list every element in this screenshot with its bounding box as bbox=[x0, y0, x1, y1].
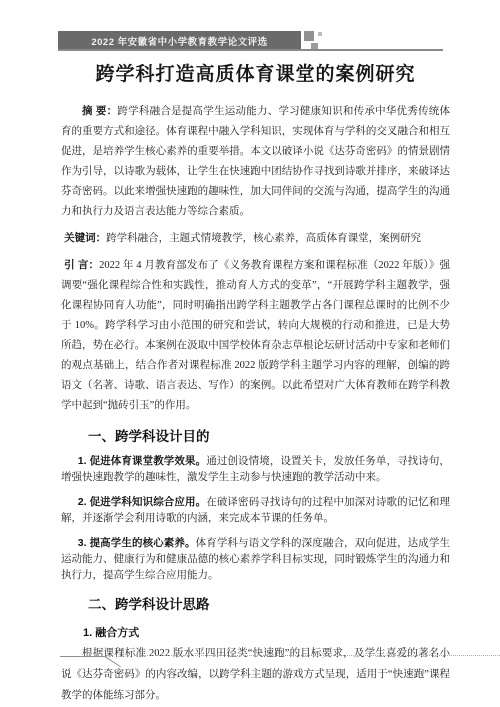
purpose-point-2: 2. 促进学科知识综合应用。在破译密码寻找诗句的过程中加深对诗歌的记忆和理解，并… bbox=[61, 494, 450, 527]
purpose-point-3-lead: 3. 提高学生的核心素养。 bbox=[78, 537, 196, 549]
header-banner: 2022 年安徽省中小学教育教学论文评选 bbox=[58, 31, 301, 50]
keywords-text: 跨学科融合，主题式情境教学，核心素养，高质体育课堂，案例研究 bbox=[106, 233, 421, 244]
purpose-point-1-lead: 1. 促进体育课堂教学效果。 bbox=[78, 455, 206, 467]
abstract-paragraph: 摘 要：跨学科融合是提高学生运动能力、学习健康知识和传承中华优秀传统体育的重要方… bbox=[61, 101, 450, 222]
abstract-text: 跨学科融合是提高学生运动能力、学习健康知识和传承中华优秀传统体育的重要方式和途径… bbox=[61, 106, 450, 217]
decor-square-tiny bbox=[318, 32, 322, 36]
keywords-paragraph: 关键词：跨学科融合，主题式情境教学，核心素养，高质体育课堂，案例研究 bbox=[61, 228, 450, 249]
purpose-point-2-lead: 2. 促进学科知识综合应用。 bbox=[78, 496, 206, 508]
page-content: 跨学科打造高质体育课堂的案例研究 摘 要：跨学科融合是提高学生运动能力、学习健康… bbox=[61, 58, 450, 706]
introduction-label: 引 言： bbox=[64, 259, 99, 271]
section-heading-purpose: 一、跨学科设计目的 bbox=[61, 425, 450, 445]
approach-subheading: 1. 融合方式 bbox=[61, 624, 450, 640]
decor-square-large bbox=[304, 31, 314, 41]
introduction-text: 2022 年 4 月教育部发布了《义务教育课程方案和课程标准（2022 年版）》… bbox=[61, 260, 450, 411]
purpose-point-1: 1. 促进体育课堂教学效果。通过创设情境，设置关卡，发放任务单，寻找诗句，增强快… bbox=[61, 453, 450, 486]
footer-dotted-rule bbox=[134, 655, 500, 656]
introduction-paragraph: 引 言：2022 年 4 月教育部发布了《义务教育课程方案和课程标准（2022 … bbox=[61, 255, 450, 416]
header-banner-text: 2022 年安徽省中小学教育教学论文评选 bbox=[91, 34, 267, 48]
section-heading-approach: 二、跨学科设计思路 bbox=[61, 593, 450, 613]
paper-title: 跨学科打造高质体育课堂的案例研究 bbox=[61, 62, 450, 88]
keywords-label: 关键词： bbox=[64, 232, 106, 244]
header-rule bbox=[58, 49, 443, 51]
footer-rule-left bbox=[60, 656, 106, 657]
purpose-point-3: 3. 提高学生的核心素养。体育学科与语文学科的深度融合，双向促进，达成学生运动能… bbox=[61, 535, 450, 584]
abstract-label: 摘 要： bbox=[82, 105, 117, 117]
page-number: 1 bbox=[119, 648, 124, 659]
